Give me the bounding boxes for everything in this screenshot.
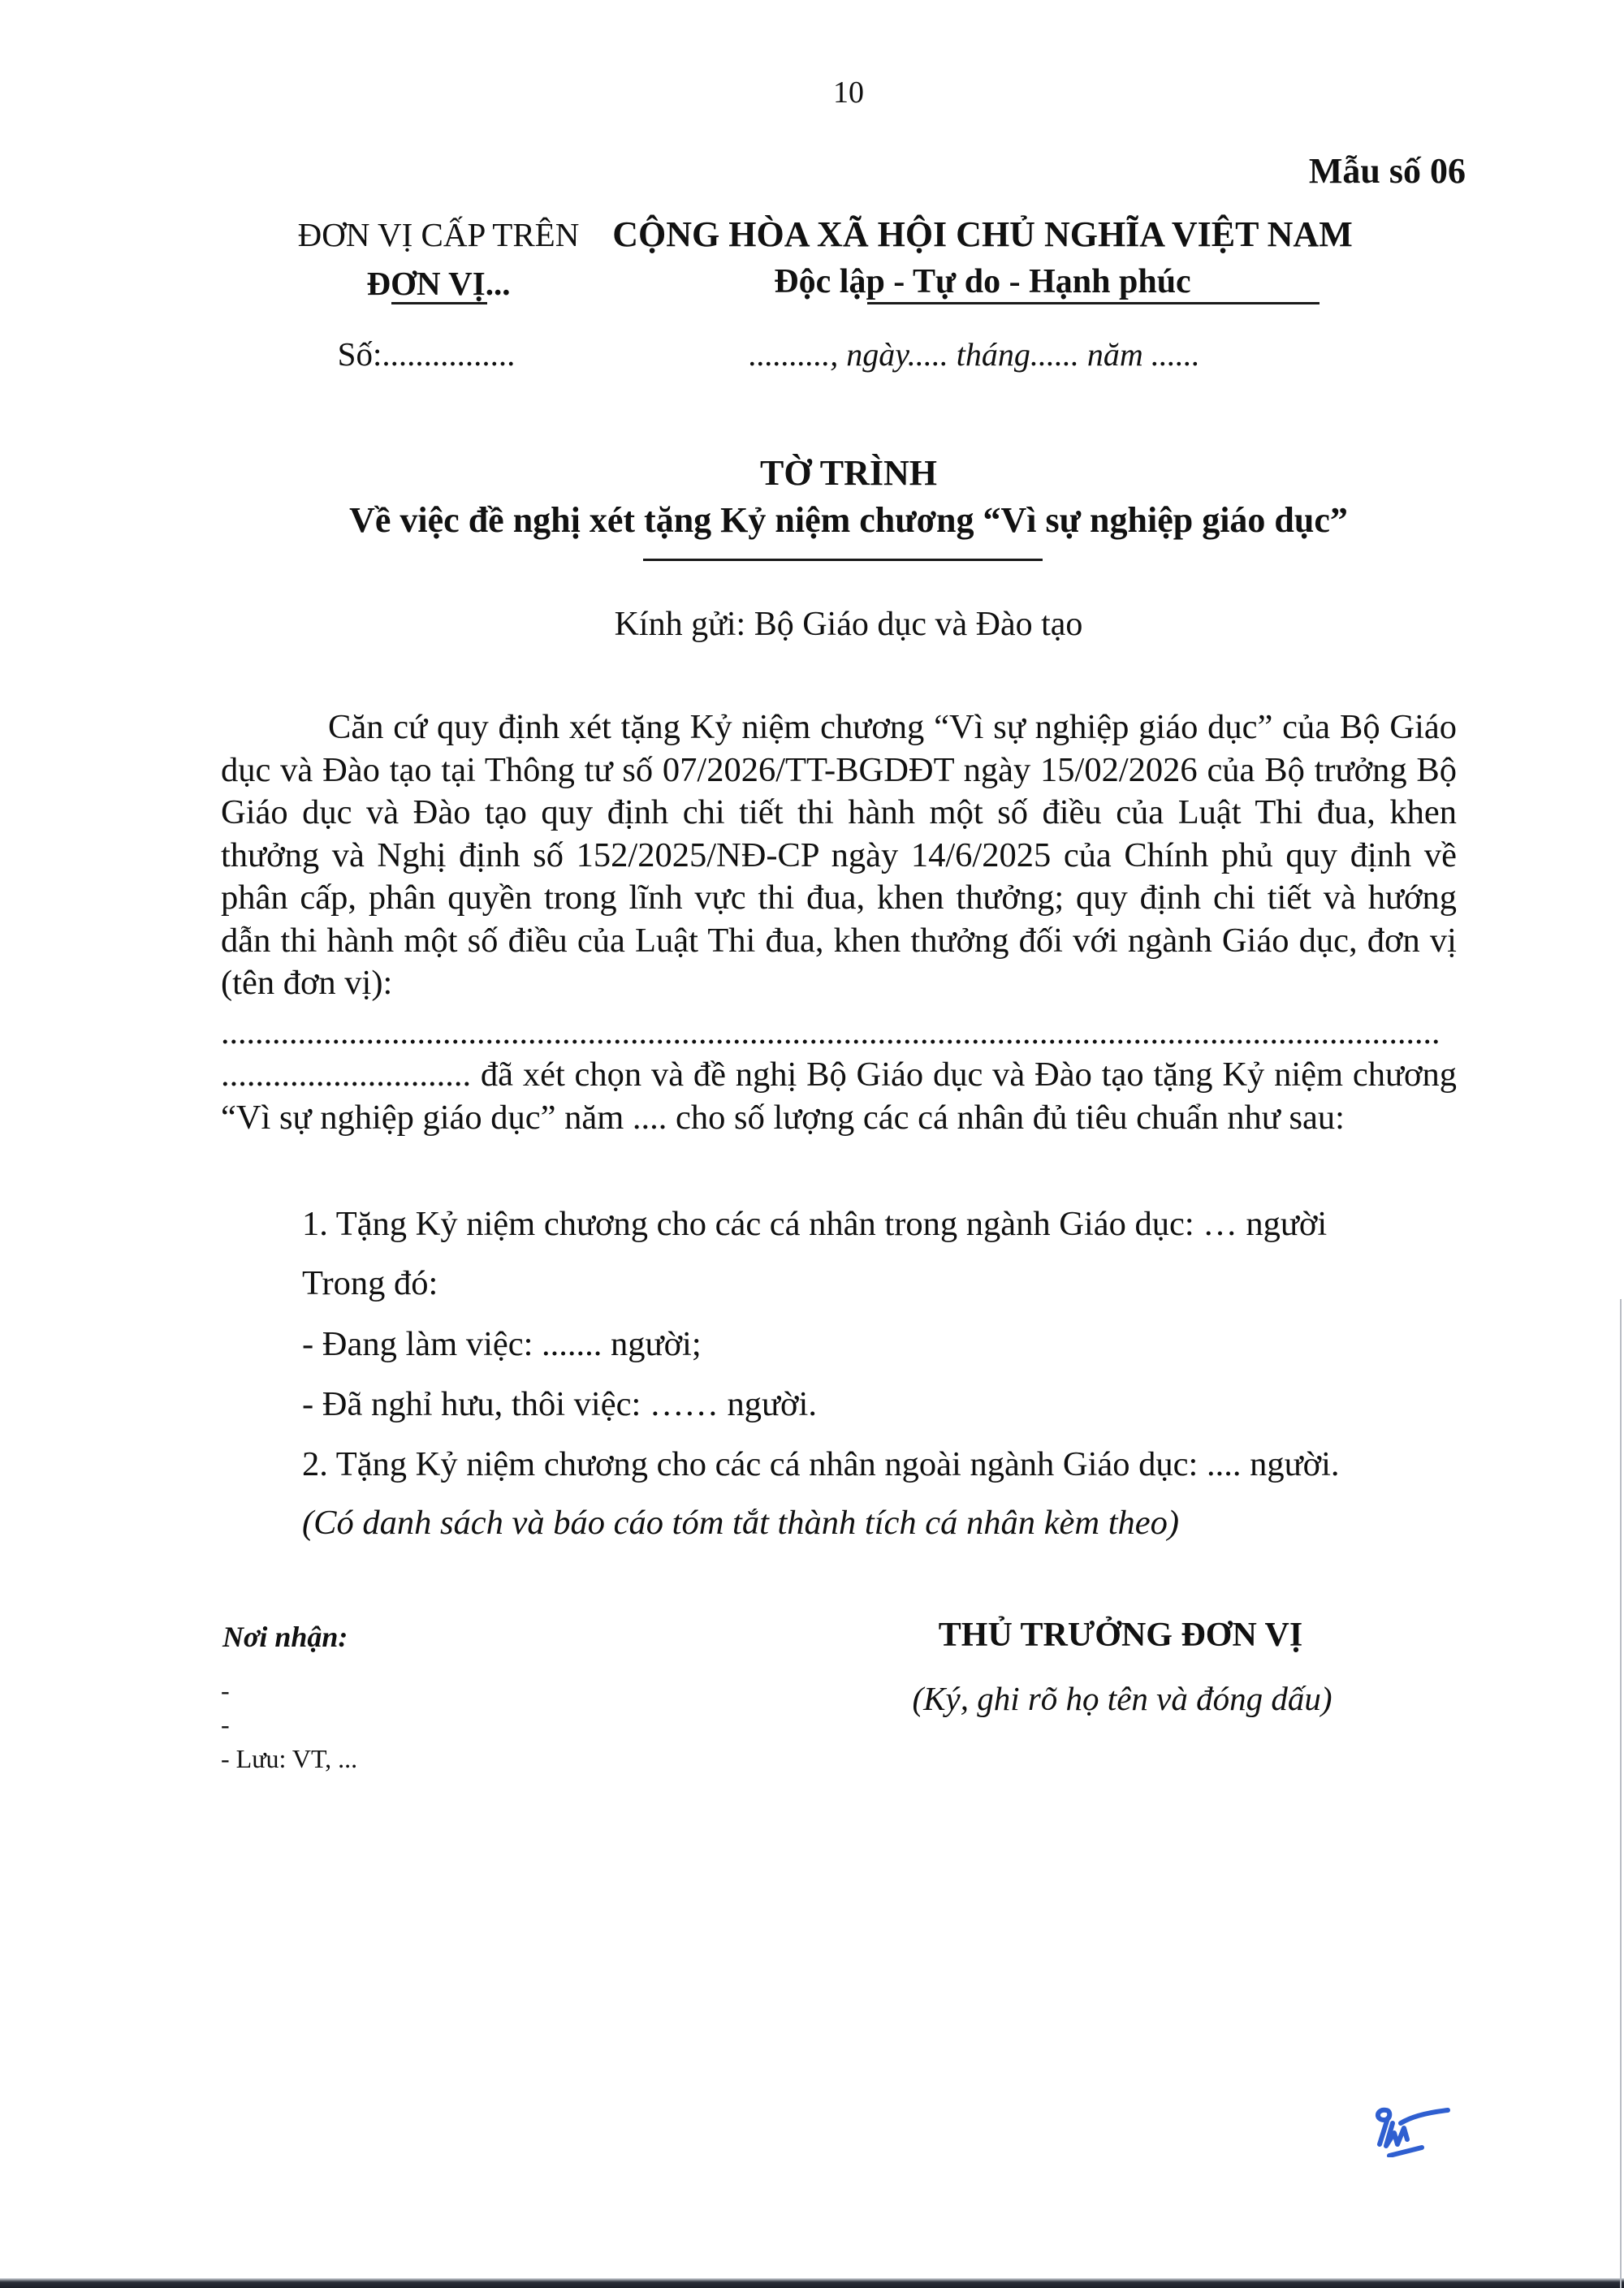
agency-name: ĐƠN VỊ... bbox=[367, 264, 511, 303]
item-within-sector: 1. Tặng Kỷ niệm chương cho các cá nhân t… bbox=[302, 1204, 1327, 1244]
signer-title: THỦ TRƯỞNG ĐƠN VỊ bbox=[939, 1616, 1302, 1655]
item-breakdown-retired: - Đã nghỉ hưu, thôi việc: …… người. bbox=[302, 1384, 817, 1424]
motto-divider bbox=[867, 302, 1319, 304]
document-type: TỜ TRÌNH bbox=[760, 452, 937, 494]
national-motto: Độc lập - Tự do - Hạnh phúc bbox=[774, 262, 1190, 301]
scan-border-right bbox=[1620, 1299, 1622, 2288]
attachment-note: (Có danh sách và báo cáo tóm tắt thành t… bbox=[302, 1503, 1179, 1543]
recipient-item-archive: - Lưu: VT, ... bbox=[221, 1744, 357, 1774]
body-paragraph-proposal: ............................. đã xét chọ… bbox=[221, 1054, 1457, 1139]
handwritten-initials-icon bbox=[1368, 2099, 1458, 2157]
item-breakdown-title: Trong đó: bbox=[302, 1263, 438, 1303]
form-number: Mẫu số 06 bbox=[1309, 150, 1466, 192]
recipients-title: Nơi nhận: bbox=[222, 1620, 348, 1654]
document-number: Số:................ bbox=[338, 335, 516, 373]
document-subject: Về việc đề nghị xét tặng Kỷ niệm chương … bbox=[349, 499, 1348, 541]
item-outside-sector: 2. Tặng Kỷ niệm chương cho các cá nhân n… bbox=[302, 1444, 1340, 1484]
parent-agency: ĐƠN VỊ CẤP TRÊN bbox=[298, 215, 580, 254]
date-line: .........., ngày..... tháng...... năm ..… bbox=[749, 335, 1200, 373]
page-number: 10 bbox=[833, 75, 864, 110]
signer-note: (Ký, ghi rõ họ tên và đóng dấu) bbox=[913, 1679, 1332, 1718]
scan-border-bottom bbox=[0, 2278, 1624, 2288]
recipient-item: - bbox=[221, 1676, 230, 1706]
body-paragraph-legal-basis: Căn cứ quy định xét tặng Kỷ niệm chương … bbox=[221, 706, 1457, 1005]
national-title: CỘNG HÒA XÃ HỘI CHỦ NGHĨA VIỆT NAM bbox=[612, 214, 1352, 255]
item-breakdown-working: - Đang làm việc: ....... người; bbox=[302, 1324, 702, 1364]
recipient-item: - bbox=[221, 1710, 230, 1740]
unit-name-fill-line: ........................................… bbox=[221, 1012, 1455, 1055]
subject-divider bbox=[643, 559, 1043, 561]
agency-divider bbox=[391, 302, 487, 304]
recipient-line: Kính gửi: Bộ Giáo dục và Đào tạo bbox=[615, 605, 1083, 644]
